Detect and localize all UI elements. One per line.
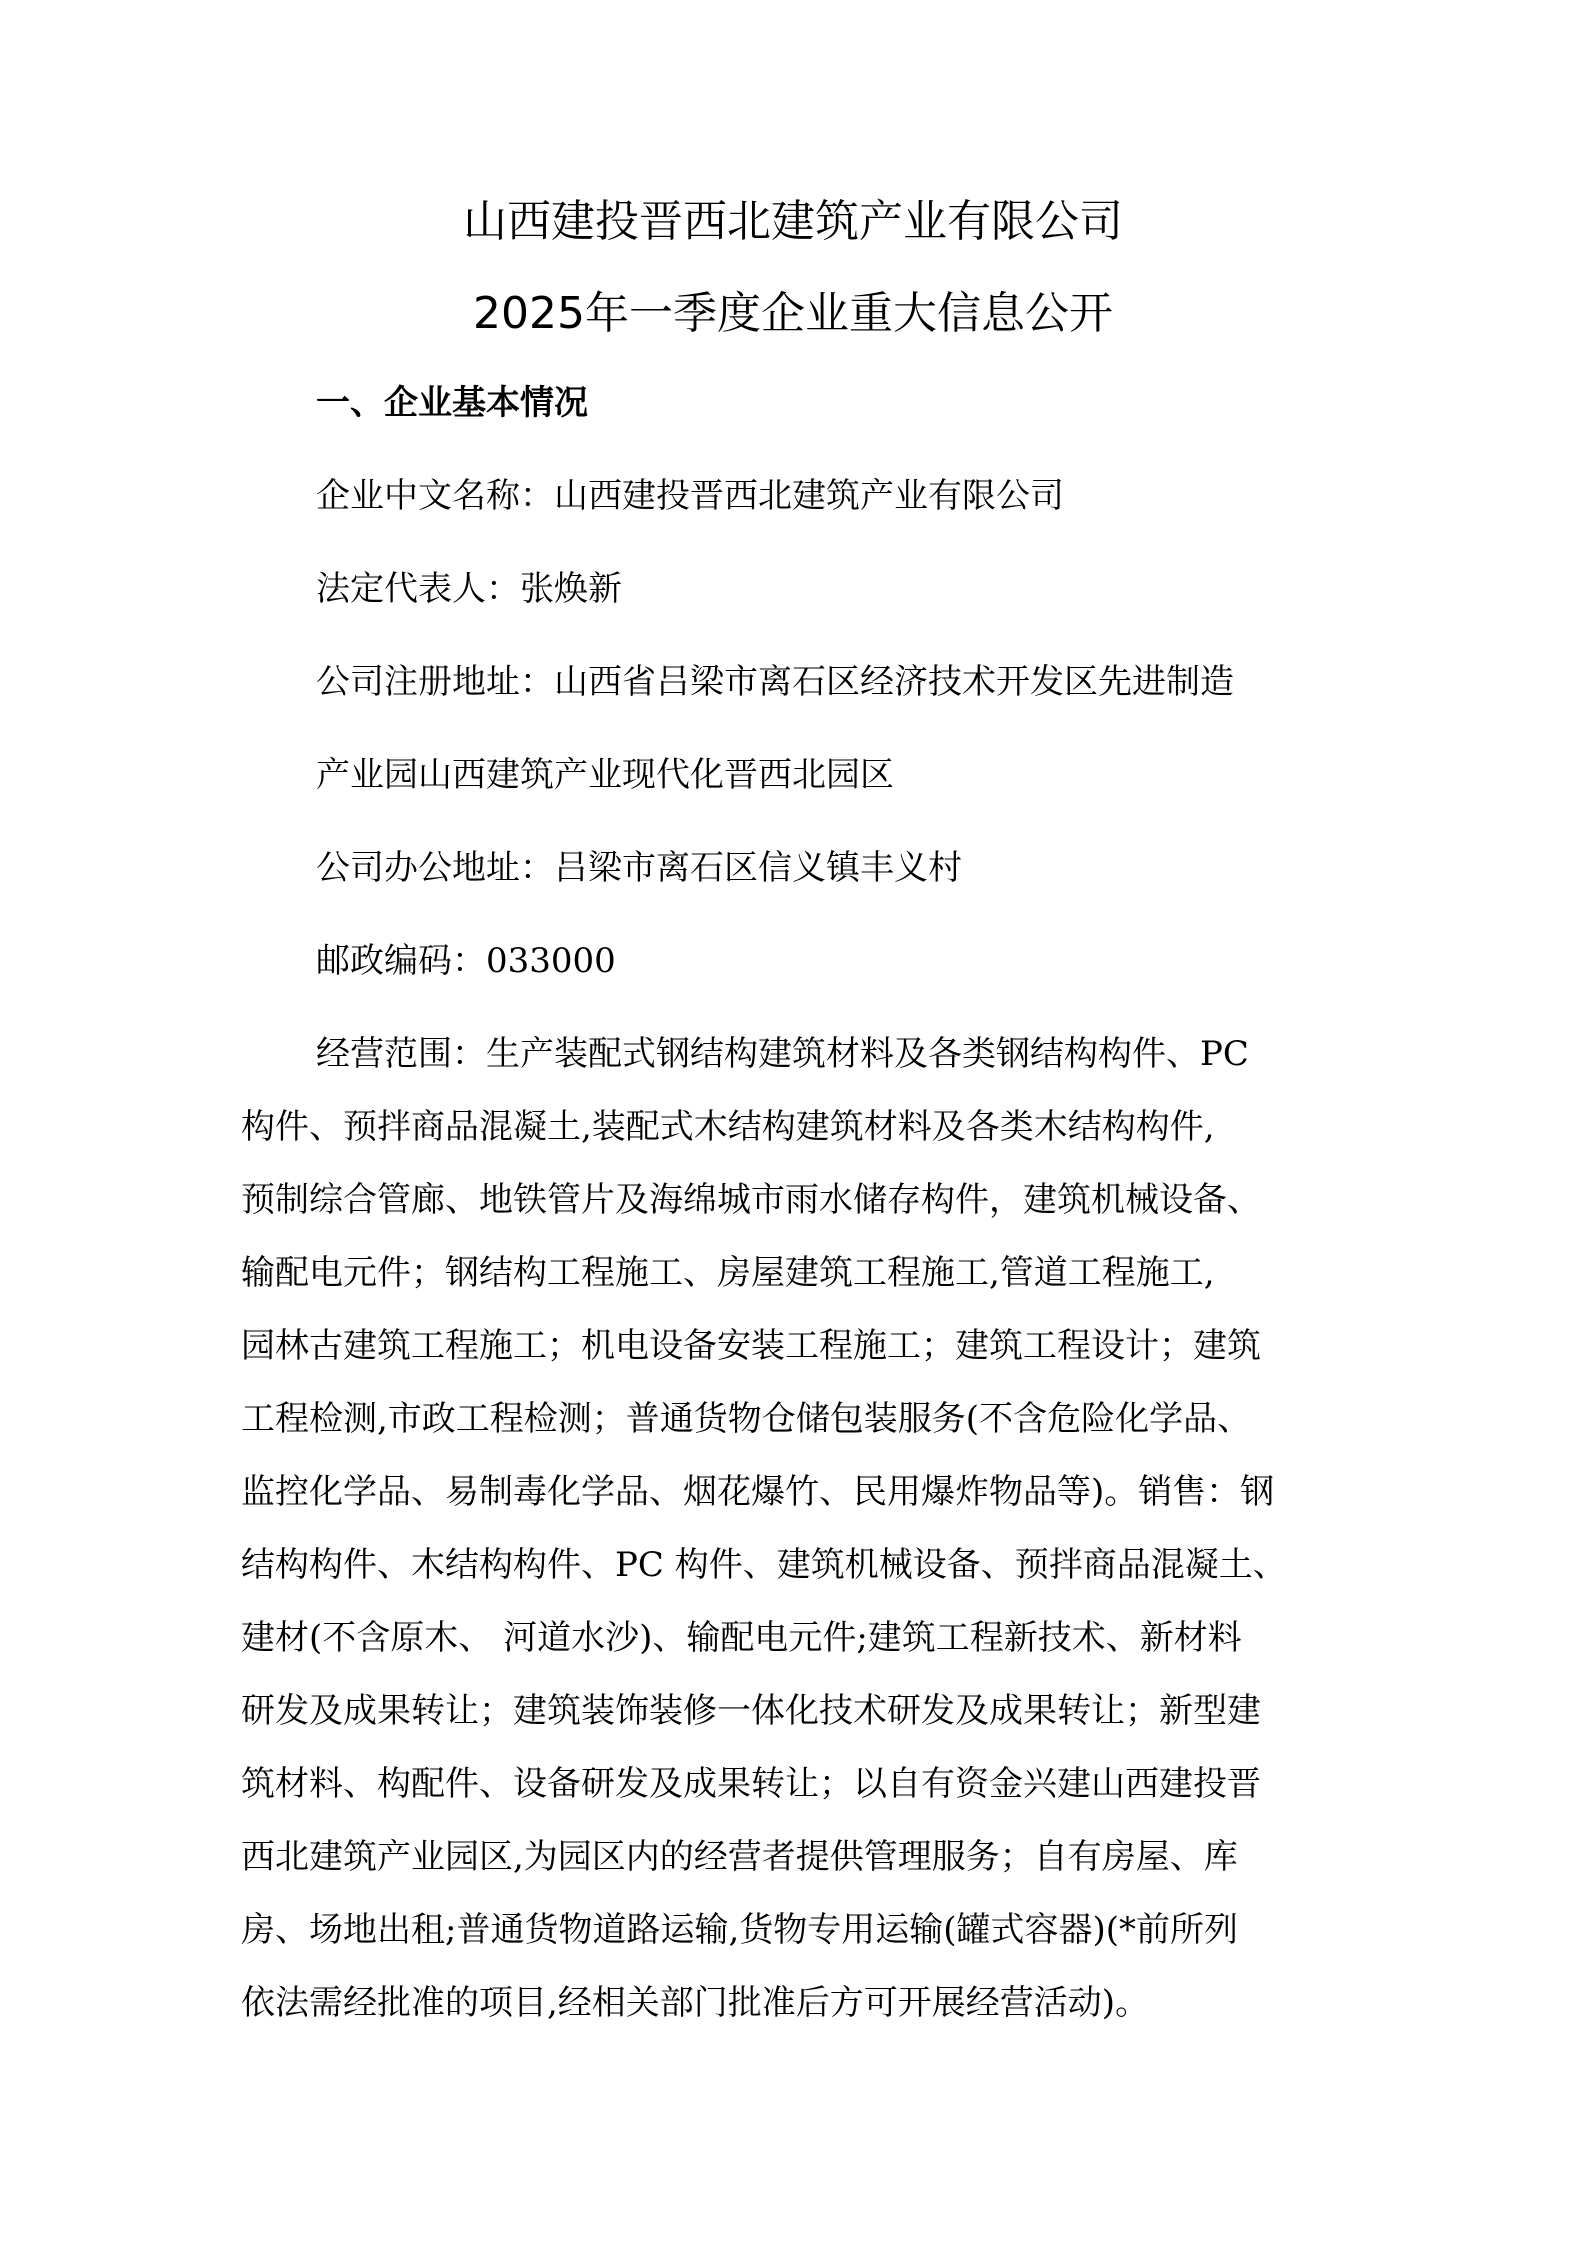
registered-address-continued: 产业园山西建筑产业现代化晋西北园区 <box>316 752 894 798</box>
business-scope-line: 建材(不含原木、 河道水沙)、输配电元件;建筑工程新技术、新材料 <box>241 1615 1242 1661</box>
business-scope-line: 西北建筑产业园区,为园区内的经营者提供管理服务；自有房屋、库 <box>241 1834 1238 1880</box>
business-scope-line: 依法需经批准的项目,经相关部门批准后方可开展经营活动)。 <box>241 1980 1149 2026</box>
business-scope-line: 研发及成果转让；建筑装饰装修一体化技术研发及成果转让；新型建 <box>241 1688 1261 1734</box>
registered-address-field: 公司注册地址：山西省吕梁市离石区经济技术开发区先进制造 <box>316 659 1234 705</box>
business-scope-line: 筑材料、构配件、设备研发及成果转让；以自有资金兴建山西建投晋 <box>241 1761 1261 1807</box>
document-page: 山西建投晋西北建筑产业有限公司 2025年一季度企业重大信息公开 一、企业基本情… <box>0 0 1586 2245</box>
business-scope-line: 结构构件、木结构构件、PC 构件、建筑机械设备、预拌商品混凝土、 <box>241 1542 1287 1588</box>
document-title: 山西建投晋西北建筑产业有限公司 <box>0 194 1586 250</box>
business-scope-line: 房、场地出租;普通货物道路运输,货物专用运输(罐式容器)(*前所列 <box>241 1907 1238 1953</box>
postal-code-field: 邮政编码：033000 <box>316 938 616 984</box>
office-address-field: 公司办公地址：吕梁市离石区信义镇丰义村 <box>316 845 962 891</box>
document-subtitle: 2025年一季度企业重大信息公开 <box>0 286 1586 342</box>
legal-representative-field: 法定代表人：张焕新 <box>316 566 622 612</box>
business-scope-line: 监控化学品、易制毒化学品、烟花爆竹、民用爆炸物品等)。销售：钢 <box>241 1469 1274 1515</box>
company-name-field: 企业中文名称：山西建投晋西北建筑产业有限公司 <box>316 473 1064 519</box>
business-scope-line: 输配电元件；钢结构工程施工、房屋建筑工程施工,管道工程施工, <box>241 1250 1215 1296</box>
business-scope-line: 构件、预拌商品混凝土,装配式木结构建筑材料及各类木结构构件, <box>241 1104 1215 1150</box>
business-scope-line: 园林古建筑工程施工；机电设备安装工程施工；建筑工程设计；建筑 <box>241 1323 1261 1369</box>
business-scope-line: 经营范围：生产装配式钢结构建筑材料及各类钢结构构件、PC <box>316 1031 1249 1077</box>
section-heading-basic-info: 一、企业基本情况 <box>316 380 588 426</box>
business-scope-line: 工程检测,市政工程检测；普通货物仓储包装服务(不含危险化学品、 <box>241 1396 1251 1442</box>
business-scope-line: 预制综合管廊、地铁管片及海绵城市雨水储存构件，建筑机械设备、 <box>241 1177 1261 1223</box>
